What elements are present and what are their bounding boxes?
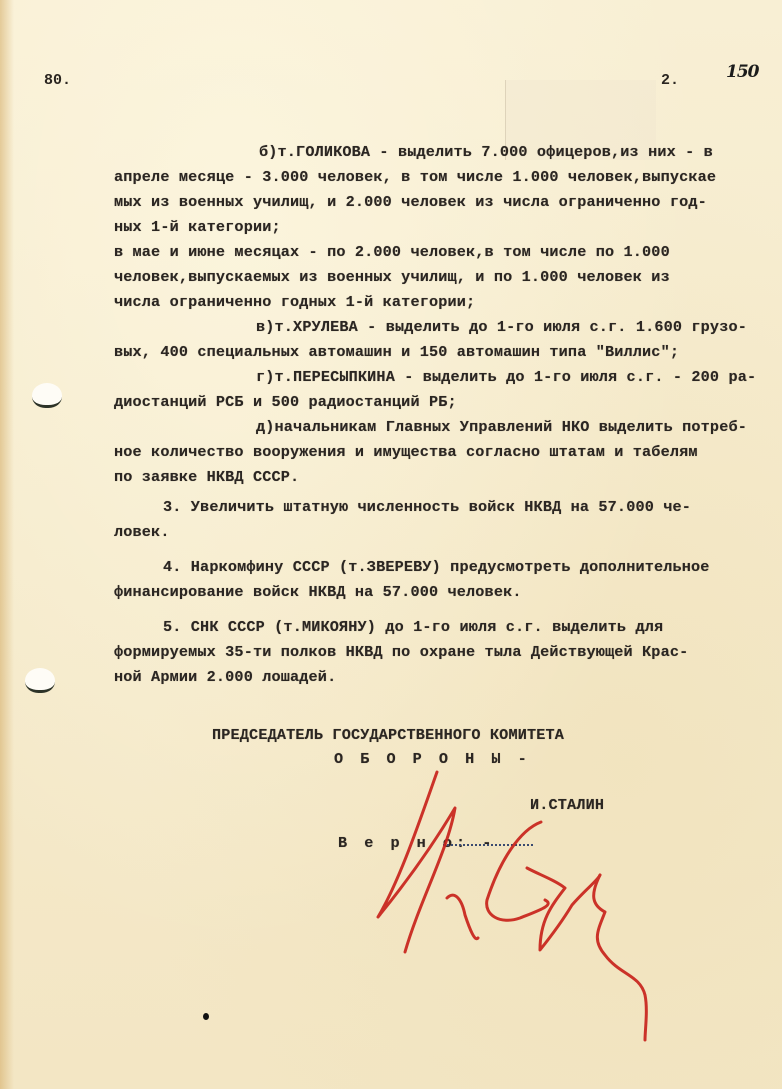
red-signature-icon <box>0 0 782 1089</box>
